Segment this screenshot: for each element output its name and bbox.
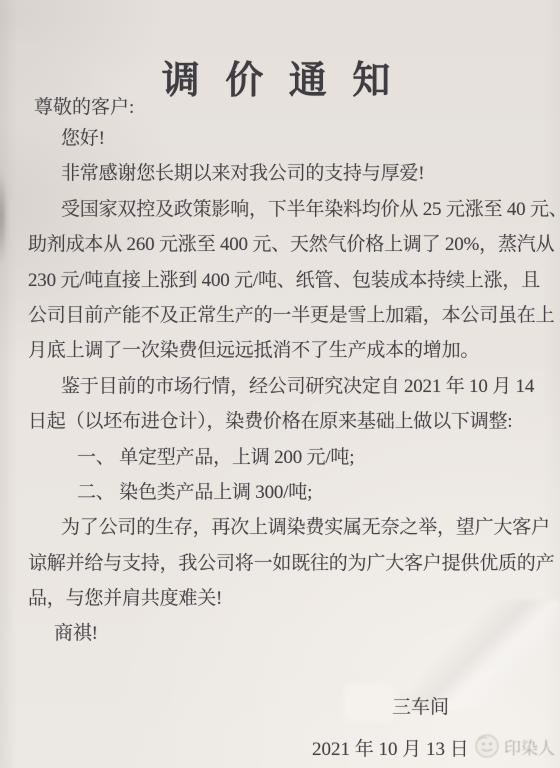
body-line: 月底上调了一次染费但远远抵消不了生产成本的增加。 [28,333,552,368]
body-line: 230 元/吨直接上涨到 400 元/吨、纸管、包装成本持续上涨，且 [28,263,552,298]
scan-edge-smudge [0,170,7,265]
notice-page: 调 价 通 知 尊敬的客户: 您好! 非常感谢您长期以来对我公司的支持与厚爱! … [0,0,560,768]
salutation: 尊敬的客户: [34,92,134,119]
body-line: 受国家双控及政策影响，下半年染料均价从 25 元涨至 40 元、 [28,192,552,227]
list-item-1: 一、 单定型产品，上调 200 元/吨; [28,440,552,475]
body-line: 为了公司的生存，再次上调染费实属无奈之举，望广大客户 [28,510,552,545]
body-line: 助剂成本从 260 元涨至 400 元、天然气价格上调了 20%，蒸汽从 [28,227,552,262]
list-item-2: 二、 染色类产品上调 300/吨; [28,475,552,510]
redaction-blur [344,683,396,722]
body-line: 谅解并给与支持，我公司将一如既往的为广大客户提供优质的产 [28,546,552,581]
body-line: 公司目前产能不及正常生产的一半更是雪上加霜，本公司虽在上 [28,298,552,333]
date: 2021 年 10 月 13 日 [312,734,469,761]
watermark: 印染人 [474,733,555,759]
watermark-logo-icon [474,733,500,759]
watermark-text: 印染人 [504,734,555,759]
body-line: 鉴于目前的市场行情，经公司研究决定自 2021 年 10 月 14 [28,369,552,404]
thanks-line: 非常感谢您长期以来对我公司的支持与厚爱! [28,156,552,191]
notice-body: 您好! 非常感谢您长期以来对我公司的支持与厚爱! 受国家双控及政策影响，下半年染… [28,121,552,652]
signature: 三车间 [392,692,449,719]
greeting-line: 您好! [28,121,552,156]
body-line: 日起（以坯布进仓计），染费价格在原来基础上做以下调整: [28,404,552,439]
